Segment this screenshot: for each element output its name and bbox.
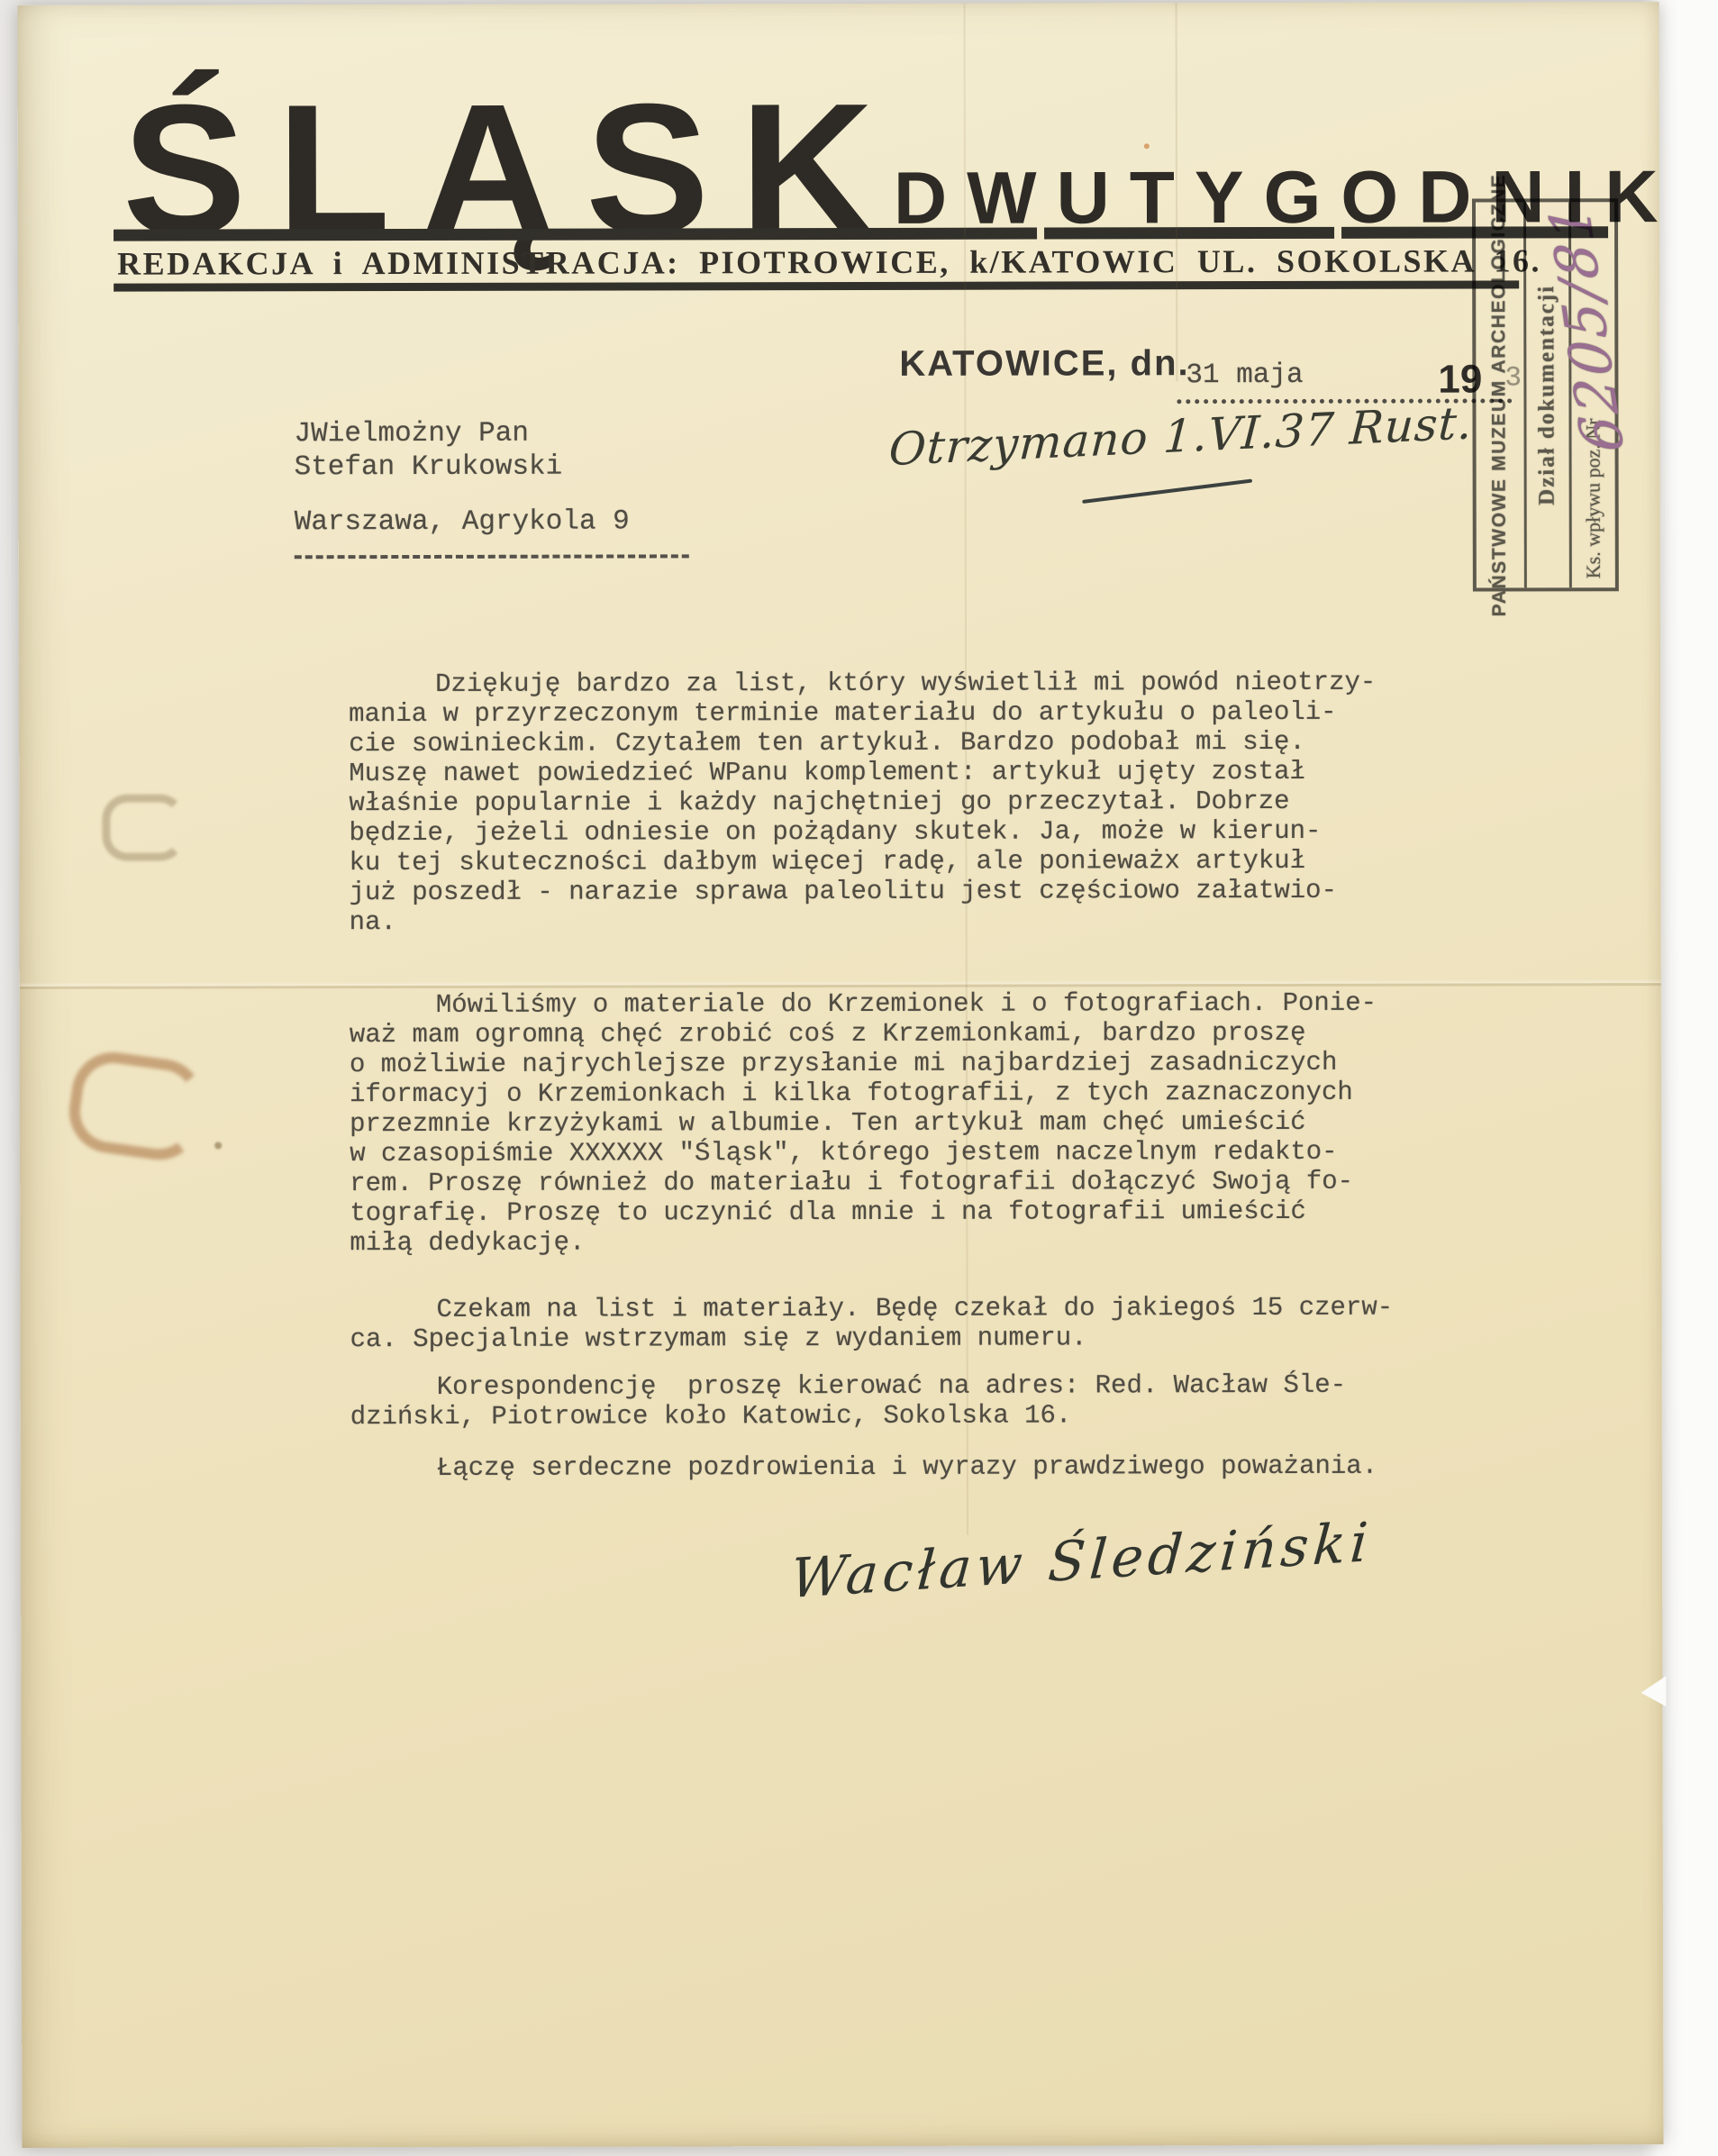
body-paragraph: Dziękuję bardzo za list, który wyświetli… — [349, 668, 1392, 937]
recipient-salutation: JWielmożny Pan — [294, 416, 688, 450]
stamp-institution-label: PAŃSTWOWE MUZEUM ARCHEOLOGICZNE — [1476, 202, 1526, 587]
received-annotation-handwritten: Otrzymano 1.VI.37 Rust. — [887, 396, 1474, 476]
letter-body: Dziękuję bardzo za list, który wyświetli… — [349, 668, 1393, 1483]
rule-divider-bottom — [114, 280, 1519, 291]
body-paragraph: Łączę serdeczne pozdrowienia i wyrazy pr… — [350, 1451, 1394, 1483]
rule-divider-top — [1044, 227, 1334, 240]
museum-stamp-box: PAŃSTWOWE MUZEUM ARCHEOLOGICZNE Dział do… — [1472, 198, 1619, 591]
received-annotation-underline — [1082, 478, 1252, 504]
paper-tear — [1641, 1676, 1666, 1706]
body-paragraph: Mówiliśmy o materiale do Krzemionek i o … — [350, 988, 1393, 1258]
recipient-dashed-rule — [295, 545, 689, 559]
paper-speck — [214, 1142, 222, 1149]
museum-stamp: PAŃSTWOWE MUZEUM ARCHEOLOGICZNE Dział do… — [1472, 198, 1619, 591]
rust-stain — [64, 1047, 208, 1165]
dateline-city-label: KATOWICE, dn. — [899, 343, 1189, 385]
staple-mark — [102, 795, 185, 861]
recipient-block: JWielmożny Pan Stefan Krukowski Warszawa… — [294, 416, 688, 559]
scan-background: ŚLĄSK DWUTYGODNIK REDAKCJA i ADMINISTRAC… — [0, 0, 1718, 2156]
recipient-name: Stefan Krukowski — [295, 450, 689, 484]
recipient-address: Warszawa, Agrykola 9 — [295, 505, 689, 539]
paper-speck — [1144, 143, 1150, 149]
body-paragraph: Czekam na list i materiały. Będę czekał … — [350, 1293, 1394, 1354]
masthead-address-line: REDAKCJA i ADMINISTRACJA: PIOTROWICE, k/… — [117, 241, 1541, 282]
body-paragraph: Korespondencję proszę kierować na adres:… — [350, 1370, 1394, 1432]
rule-divider-top — [114, 228, 1037, 241]
letter-paper: ŚLĄSK DWUTYGODNIK REDAKCJA i ADMINISTRAC… — [18, 2, 1664, 2148]
signature-handwritten: Wacław Śledziński — [788, 1511, 1375, 1611]
